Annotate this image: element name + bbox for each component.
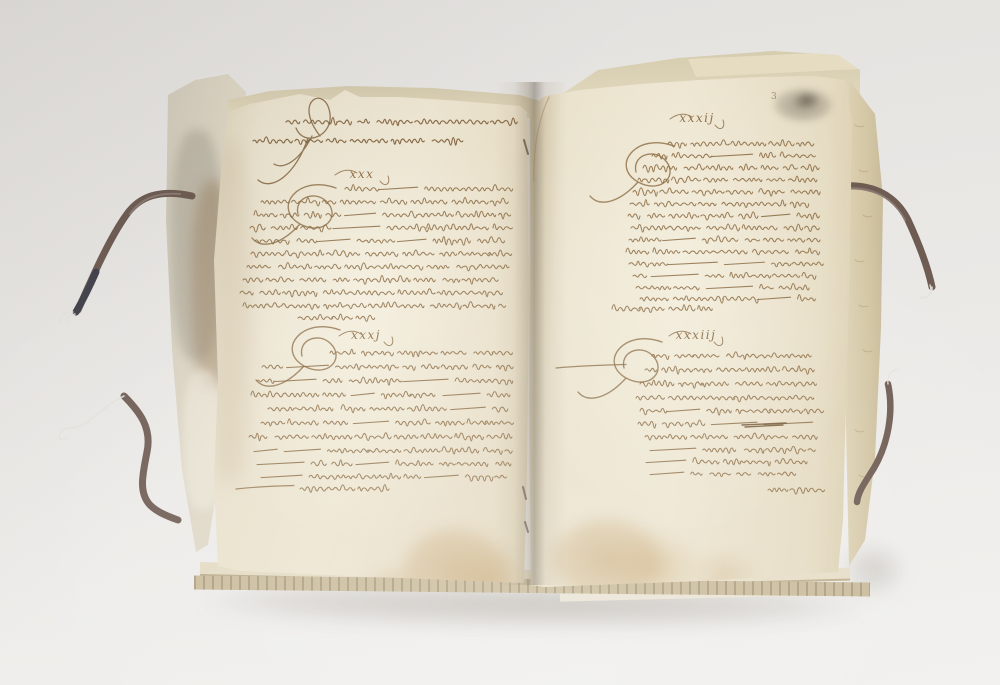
tie-ribbon-lower-left (124, 396, 178, 520)
tie-thread-lower-left (59, 396, 124, 440)
tie-ribbon-upper-left-dark-tip (76, 272, 96, 312)
right-page (527, 70, 860, 590)
left-page (205, 85, 540, 590)
tie-thread-upper-right (920, 285, 932, 298)
tie-thread-lower-right (888, 369, 897, 384)
corner-damage-stain (789, 88, 825, 112)
manuscript-photo: xxxxxxjxxxijxxxiij3 (0, 0, 1000, 685)
tie-thread-upper-left (61, 312, 76, 324)
loose-page-flap (688, 51, 860, 77)
